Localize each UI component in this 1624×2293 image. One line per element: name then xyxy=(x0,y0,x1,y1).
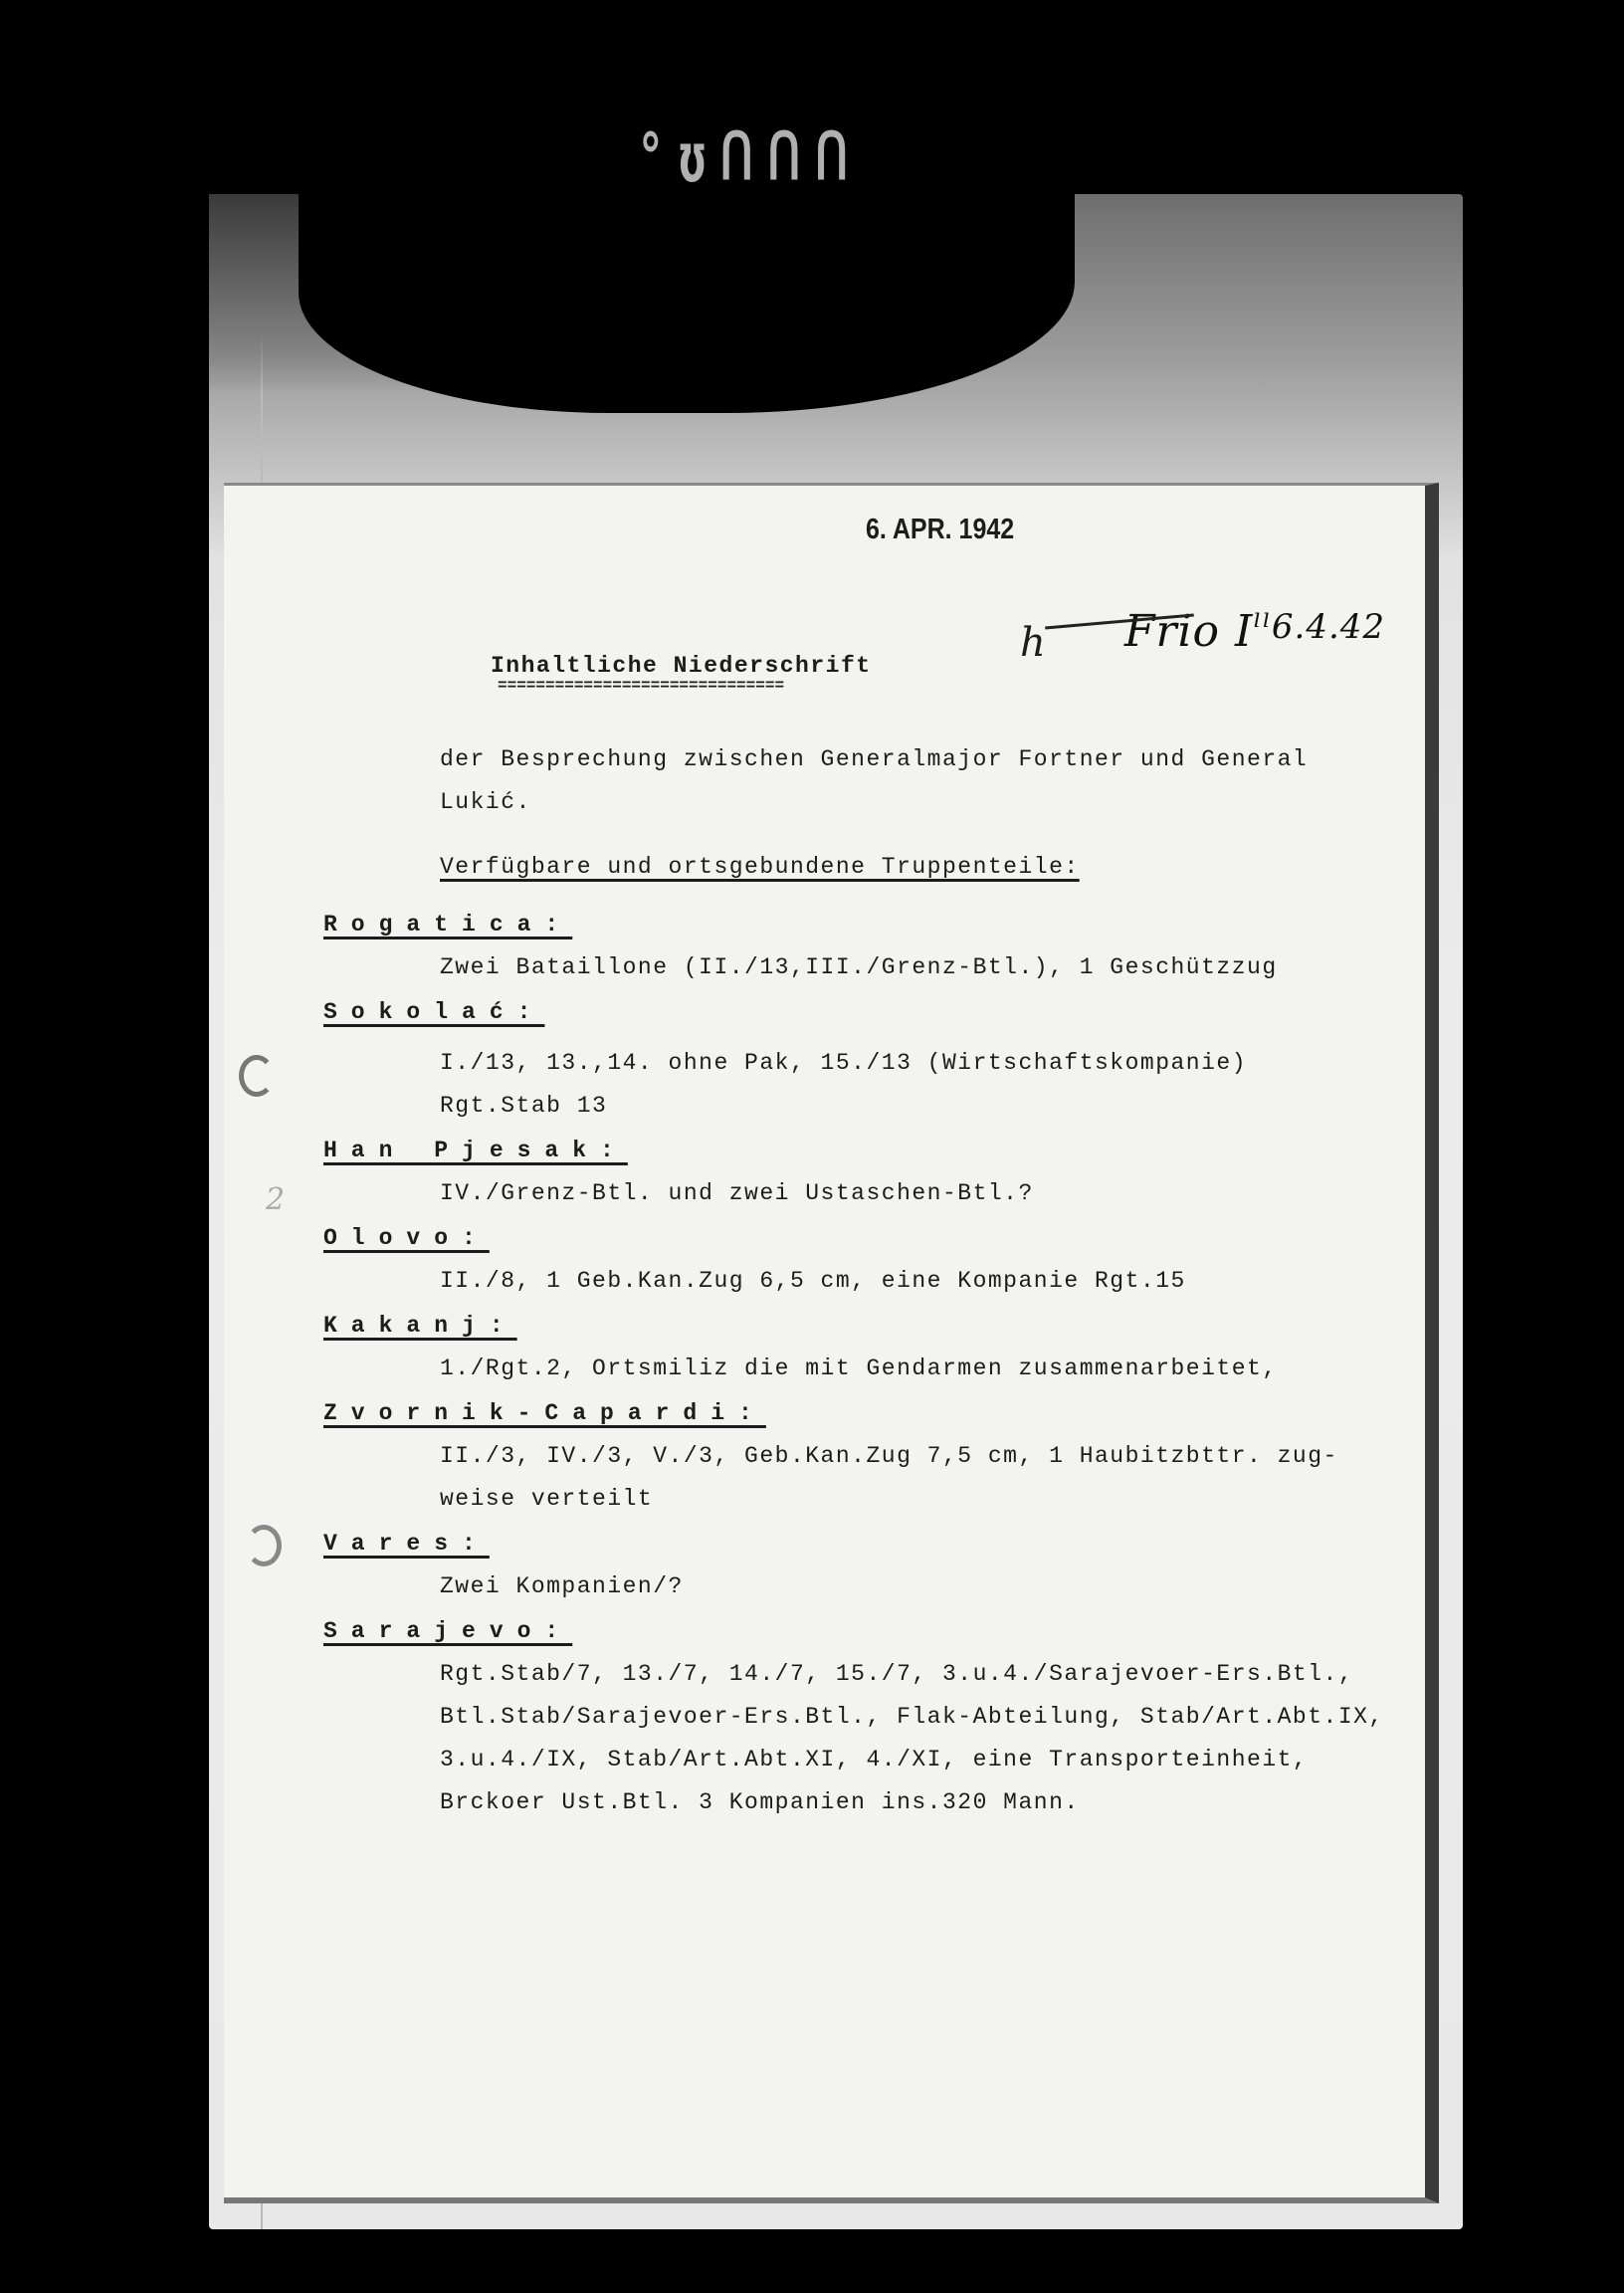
handwritten-note: Frio Iˡˡ6.4.42 xyxy=(1035,555,1385,708)
location-detail-line: II./3, IV./3, V./3, Geb.Kan.Zug 7,5 cm, … xyxy=(440,1443,1338,1469)
punch-hole-mark xyxy=(246,1525,282,1566)
location-heading: Vares: xyxy=(323,1531,490,1557)
location-detail-line: I./13, 13.,14. ohne Pak, 15./13 (Wirtsch… xyxy=(440,1050,1247,1076)
pencil-mark: 2 xyxy=(266,1182,285,1217)
document-page: 6. APR. 1942 Frio Iˡˡ6.4.42 h Inhaltlich… xyxy=(224,483,1439,2203)
location-detail-line: Rgt.Stab/7, 13./7, 14./7, 15./7, 3.u.4./… xyxy=(440,1661,1353,1687)
handwritten-date: ˡˡ6.4.42 xyxy=(1253,607,1385,647)
document-title: Inhaltliche Niederschrift xyxy=(491,653,872,679)
punch-hole-mark xyxy=(239,1055,275,1097)
location-detail-line: weise verteilt xyxy=(440,1486,653,1512)
location-heading: Sokolać: xyxy=(323,999,544,1025)
location-detail-line: Zwei Bataillone (II./13,III./Grenz-Btl.)… xyxy=(440,954,1278,980)
location-heading: Rogatica: xyxy=(323,912,572,938)
location-heading: Kakanj: xyxy=(323,1313,517,1339)
location-detail-line: Zwei Kompanien/? xyxy=(440,1573,684,1599)
location-detail-line: 1./Rgt.2, Ortsmiliz die mit Gendarmen zu… xyxy=(440,1355,1278,1381)
handwritten-mark: h xyxy=(1020,620,1047,666)
section-heading: Verfügbare und ortsgebundene Truppenteil… xyxy=(440,854,1080,880)
location-detail-line: 3.u.4./IX, Stab/Art.Abt.XI, 4./XI, eine … xyxy=(440,1747,1308,1772)
location-heading: Han Pjesak: xyxy=(323,1138,628,1163)
location-detail-line: IV./Grenz-Btl. und zwei Ustaschen-Btl.? xyxy=(440,1180,1034,1206)
film-reel-label: °ʊᑎᑎᑎ xyxy=(637,118,862,194)
location-detail-line: Brckoer Ust.Btl. 3 Kompanien ins.320 Man… xyxy=(440,1789,1080,1815)
intro-line: Lukić. xyxy=(440,789,531,815)
location-heading: Zvornik-Capardi: xyxy=(323,1400,766,1426)
location-detail-line: Rgt.Stab 13 xyxy=(440,1093,607,1119)
location-heading: Olovo: xyxy=(323,1225,490,1251)
title-double-rule: ============================== xyxy=(498,677,784,695)
location-detail-line: Btl.Stab/Sarajevoer-Ers.Btl., Flak-Abtei… xyxy=(440,1704,1384,1730)
intro-line: der Besprechung zwischen Generalmajor Fo… xyxy=(440,746,1308,772)
location-detail-line: II./8, 1 Geb.Kan.Zug 6,5 cm, eine Kompan… xyxy=(440,1268,1186,1294)
date-stamp: 6. APR. 1942 xyxy=(866,514,1014,546)
location-heading: Sarajevo: xyxy=(323,1618,572,1644)
